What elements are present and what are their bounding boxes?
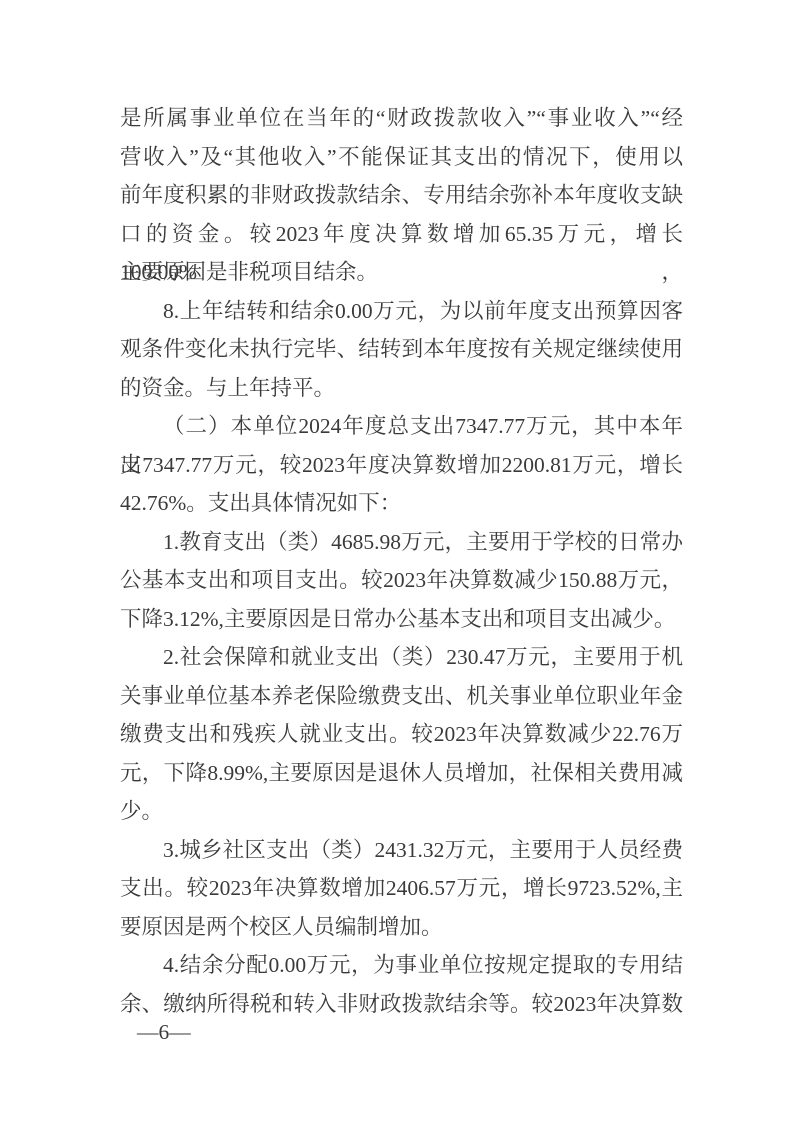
text-line: 要原因是两个校区人员编制增加。	[120, 908, 683, 947]
text-line: 是所属事业单位在当年的“财政拨款收入”“事业收入”“经	[120, 99, 683, 138]
text-line: 余、缴纳所得税和转入非财政拨款结余等。较2023年决算数	[120, 985, 683, 1024]
document-body: 是所属事业单位在当年的“财政拨款收入”“事业收入”“经营收入”及“其他收入”不能…	[120, 99, 683, 1023]
text-line: 少。	[120, 792, 683, 831]
text-line: 4.结余分配0.00万元，为事业单位按规定提取的专用结	[120, 946, 683, 985]
paragraph: 4.结余分配0.00万元，为事业单位按规定提取的专用结余、缴纳所得税和转入非财政…	[120, 946, 683, 1023]
text-line: 关事业单位基本养老保险缴费支出、机关事业单位职业年金	[120, 677, 683, 716]
text-line: 元，下降8.99%,主要原因是退休人员增加，社保相关费用减	[120, 754, 683, 793]
text-line: 公基本支出和项目支出。较2023年决算数减少150.88万元，	[120, 561, 683, 600]
paragraph: 是所属事业单位在当年的“财政拨款收入”“事业收入”“经营收入”及“其他收入”不能…	[120, 99, 683, 292]
text-line: 支出。较2023年决算数增加2406.57万元，增长9723.52%,主	[120, 869, 683, 908]
text-line: 出7347.77万元，较2023年度决算数增加2200.81万元，增长	[120, 446, 683, 485]
paragraph: 3.城乡社区支出（类）2431.32万元，主要用于人员经费支出。较2023年决算…	[120, 831, 683, 947]
paragraph: 8.上年结转和结余0.00万元，为以前年度支出预算因客观条件变化未执行完毕、结转…	[120, 292, 683, 408]
text-line: 2.社会保障和就业支出（类）230.47万元，主要用于机	[120, 638, 683, 677]
text-line: 前年度积累的非财政拨款结余、专用结余弥补本年度收支缺	[120, 176, 683, 215]
paragraph: 1.教育支出（类）4685.98万元，主要用于学校的日常办公基本支出和项目支出。…	[120, 523, 683, 639]
document-page: 是所属事业单位在当年的“财政拨款收入”“事业收入”“经营收入”及“其他收入”不能…	[0, 0, 800, 1131]
paragraph: （二）本单位2024年度总支出7347.77万元，其中本年支出7347.77万元…	[120, 407, 683, 523]
text-line: 8.上年结转和结余0.00万元，为以前年度支出预算因客	[120, 292, 683, 331]
text-line: 的资金。与上年持平。	[120, 369, 683, 408]
paragraph: 2.社会保障和就业支出（类）230.47万元，主要用于机关事业单位基本养老保险缴…	[120, 638, 683, 831]
text-line: 营收入”及“其他收入”不能保证其支出的情况下，使用以	[120, 138, 683, 177]
text-line: （二）本单位2024年度总支出7347.77万元，其中本年支	[120, 407, 683, 446]
text-line: 下降3.12%,主要原因是日常办公基本支出和项目支出减少。	[120, 600, 683, 639]
text-line: 观条件变化未执行完毕、结转到本年度按有关规定继续使用	[120, 330, 683, 369]
text-line: 缴费支出和残疾人就业支出。较2023年决算数减少22.76万	[120, 715, 683, 754]
text-line: 口的资金。较2023年度决算数增加65.35万元，增长100.00%，	[120, 215, 683, 254]
page-number: —6—	[137, 1019, 191, 1045]
text-line: 3.城乡社区支出（类）2431.32万元，主要用于人员经费	[120, 831, 683, 870]
text-line: 1.教育支出（类）4685.98万元，主要用于学校的日常办	[120, 523, 683, 562]
text-line: 42.76%。支出具体情况如下：	[120, 484, 683, 523]
